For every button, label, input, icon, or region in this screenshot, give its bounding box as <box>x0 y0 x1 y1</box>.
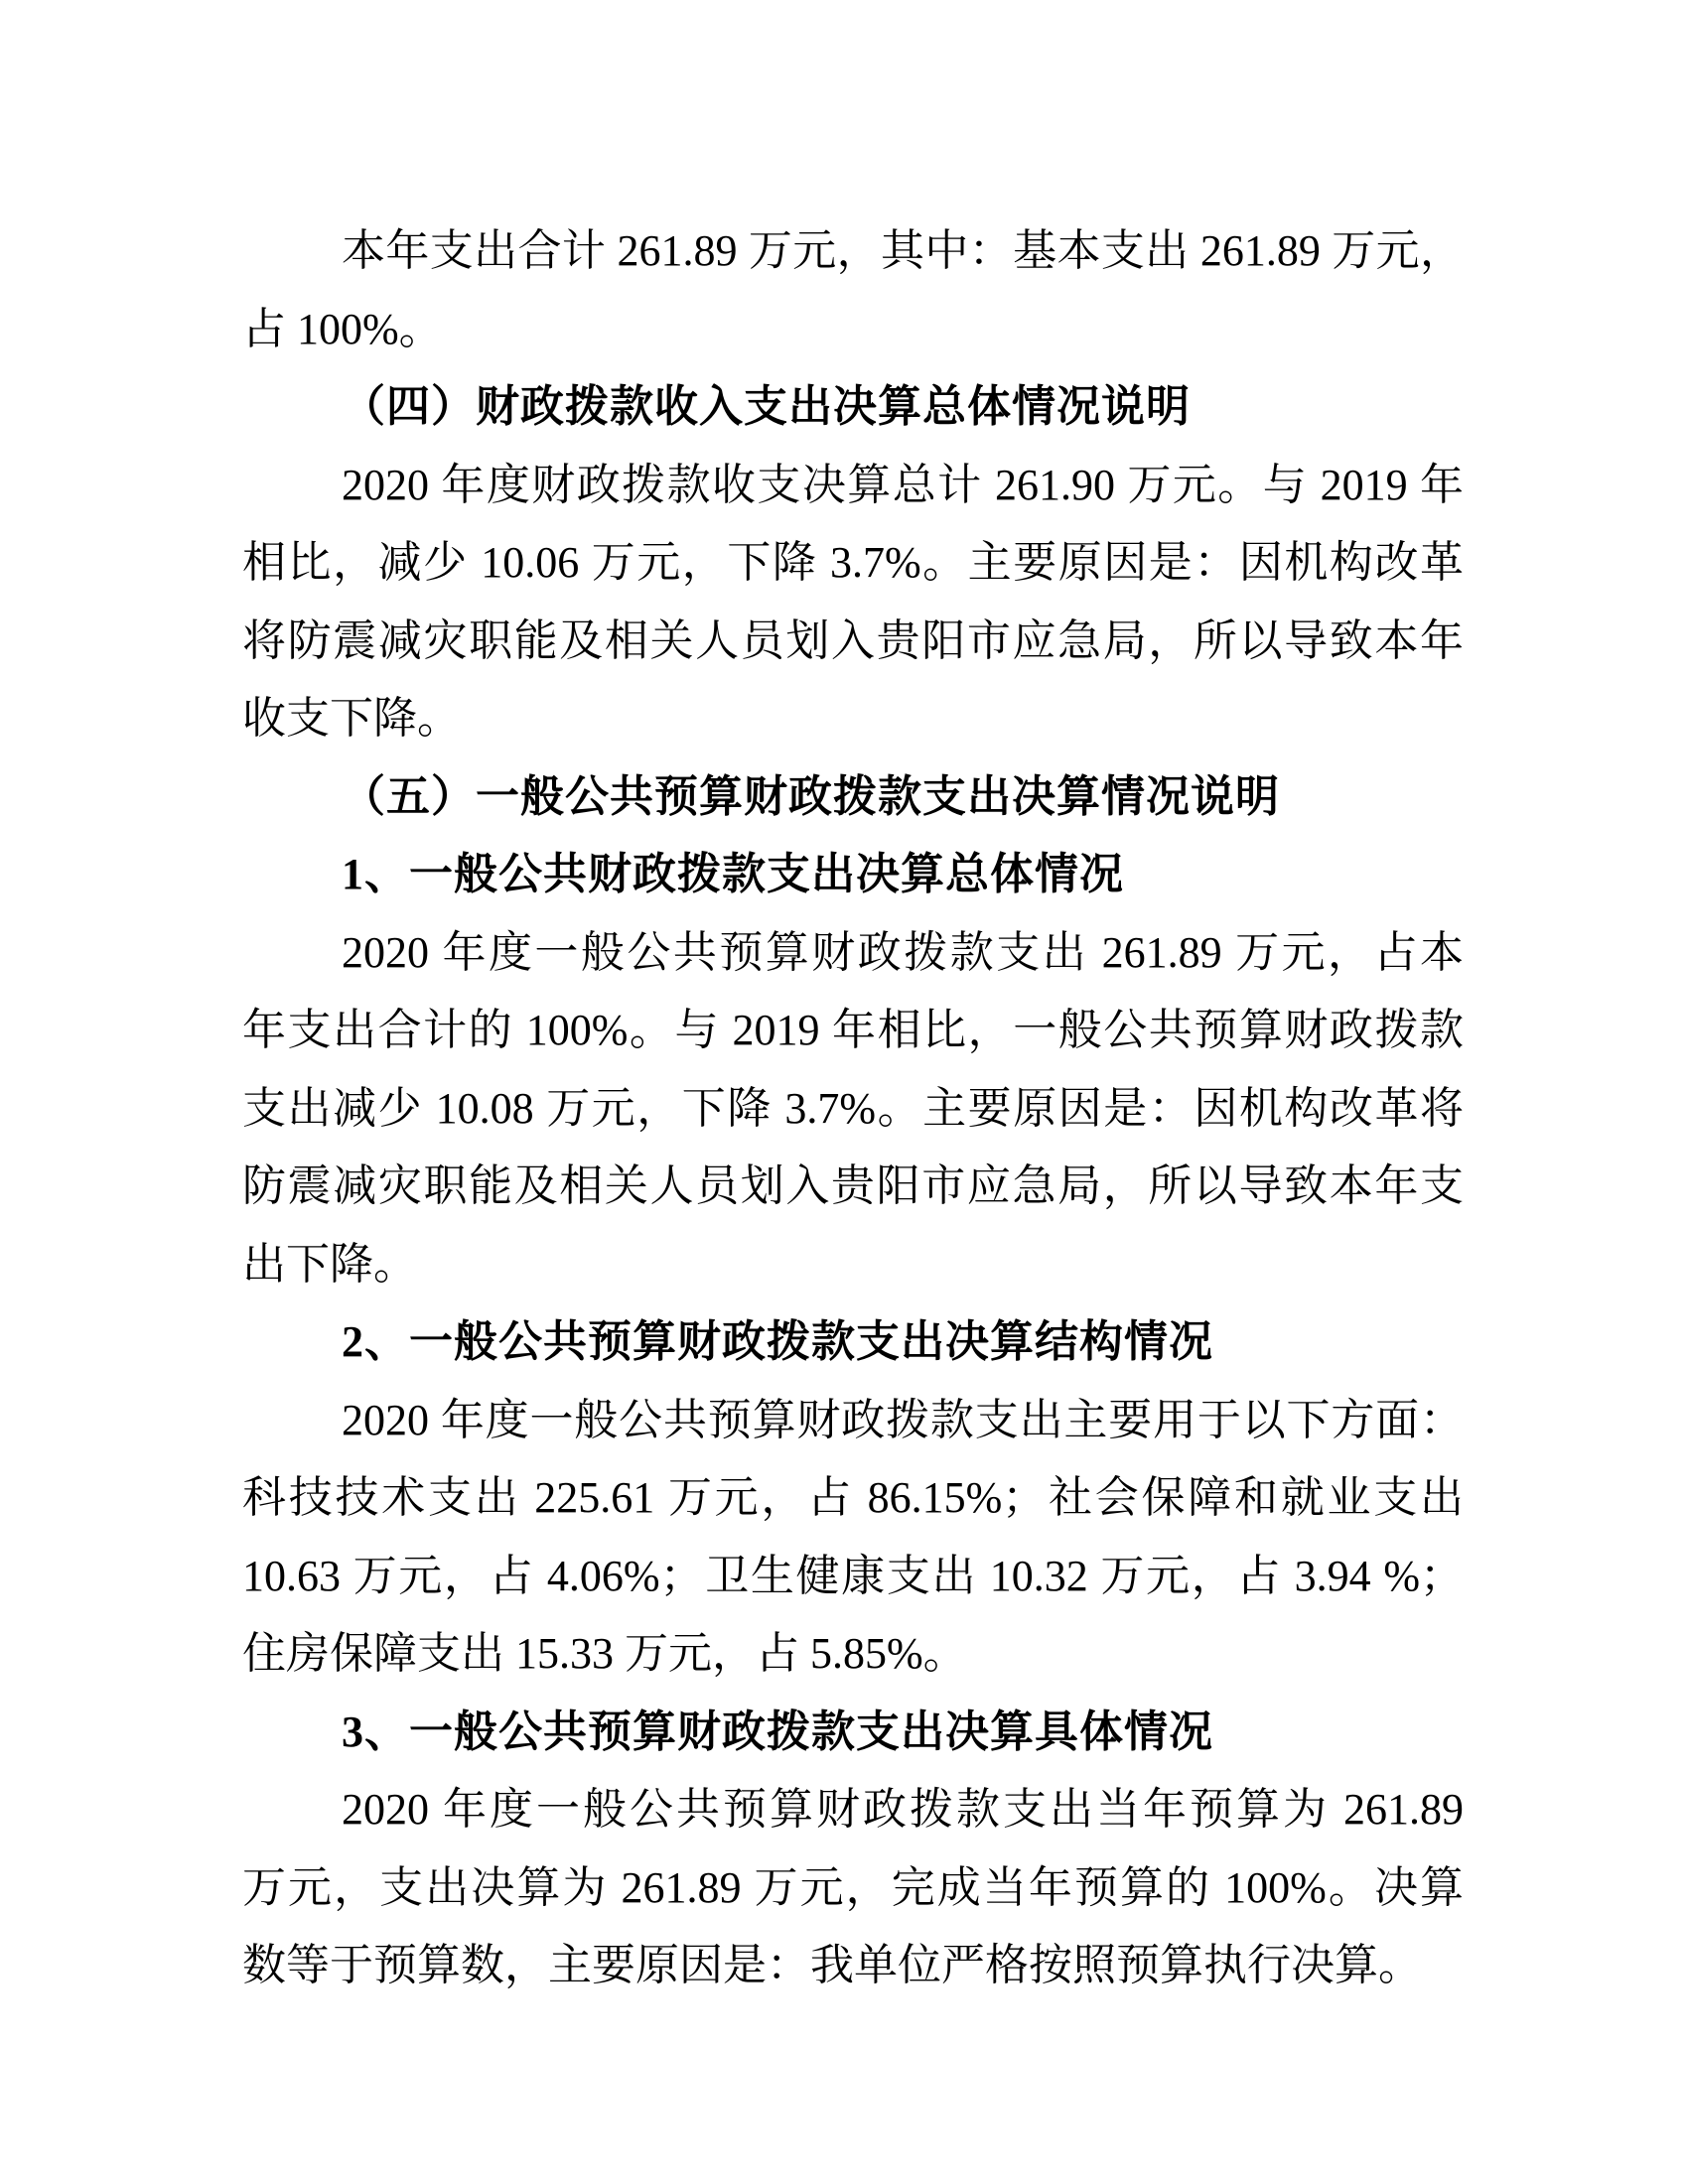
subsection-heading-1: 1、一般公共财政拨款支出决算总体情况 <box>242 836 1464 914</box>
text-line: 相比，减少 10.06 万元，下降 3.7%。主要原因是：因机构改革 <box>242 524 1464 603</box>
paragraph-expenditure-structure: 2020 年度一般公共预算财政拨款支出主要用于以下方面： 科技技术支出 225.… <box>242 1382 1464 1694</box>
text-line: 支出减少 10.08 万元，下降 3.7%。主要原因是：因机构改革将 <box>242 1070 1464 1149</box>
text-line: 收支下降。 <box>242 680 1464 758</box>
paragraph-year-expenditure-total: 本年支出合计 261.89 万元，其中：基本支出 261.89 万元， 占 10… <box>242 212 1464 368</box>
text-line: 出下降。 <box>242 1226 1464 1304</box>
paragraph-fiscal-appropriation-total: 2020 年度财政拨款收支决算总计 261.90 万元。与 2019 年 相比，… <box>242 447 1464 758</box>
heading-line: 1、一般公共财政拨款支出决算总体情况 <box>242 836 1464 914</box>
heading-line: （四）财政拨款收入支出决算总体情况说明 <box>242 368 1464 447</box>
text-line: 2020 年度一般公共预算财政拨款支出主要用于以下方面： <box>242 1382 1464 1460</box>
text-line: 万元，支出决算为 261.89 万元，完成当年预算的 100%。决算 <box>242 1849 1464 1928</box>
paragraph-budget-vs-final: 2020 年度一般公共预算财政拨款支出当年预算为 261.89 万元，支出决算为… <box>242 1771 1464 2005</box>
text-line: 将防震减灾职能及相关人员划入贵阳市应急局，所以导致本年 <box>242 603 1464 681</box>
text-line: 本年支出合计 261.89 万元，其中：基本支出 261.89 万元， <box>242 212 1464 291</box>
text-line: 占 100%。 <box>242 291 1464 369</box>
heading-line: 3、一般公共预算财政拨款支出决算具体情况 <box>242 1694 1464 1772</box>
text-line: 数等于预算数，主要原因是：我单位严格按照预算执行决算。 <box>242 1927 1464 2005</box>
text-line: 2020 年度一般公共预算财政拨款支出 261.89 万元，占本 <box>242 914 1464 993</box>
document-page: 本年支出合计 261.89 万元，其中：基本支出 261.89 万元， 占 10… <box>0 0 1688 2184</box>
text-line: 2020 年度财政拨款收支决算总计 261.90 万元。与 2019 年 <box>242 447 1464 525</box>
paragraph-general-budget-overall: 2020 年度一般公共预算财政拨款支出 261.89 万元，占本 年支出合计的 … <box>242 914 1464 1304</box>
text-line: 科技技术支出 225.61 万元，占 86.15%；社会保障和就业支出 <box>242 1459 1464 1538</box>
section-heading-5: （五）一般公共预算财政拨款支出决算情况说明 <box>242 758 1464 837</box>
text-line: 10.63 万元，占 4.06%；卫生健康支出 10.32 万元，占 3.94 … <box>242 1538 1464 1616</box>
section-heading-4: （四）财政拨款收入支出决算总体情况说明 <box>242 368 1464 447</box>
text-line: 2020 年度一般公共预算财政拨款支出当年预算为 261.89 <box>242 1771 1464 1849</box>
subsection-heading-2: 2、一般公共预算财政拨款支出决算结构情况 <box>242 1303 1464 1382</box>
heading-line: 2、一般公共预算财政拨款支出决算结构情况 <box>242 1303 1464 1382</box>
subsection-heading-3: 3、一般公共预算财政拨款支出决算具体情况 <box>242 1694 1464 1772</box>
text-block: 本年支出合计 261.89 万元，其中：基本支出 261.89 万元， 占 10… <box>242 212 1464 2005</box>
text-line: 年支出合计的 100%。与 2019 年相比，一般公共预算财政拨款 <box>242 992 1464 1070</box>
heading-line: （五）一般公共预算财政拨款支出决算情况说明 <box>242 758 1464 837</box>
text-line: 住房保障支出 15.33 万元，占 5.85%。 <box>242 1615 1464 1694</box>
text-line: 防震减灾职能及相关人员划入贵阳市应急局，所以导致本年支 <box>242 1148 1464 1226</box>
